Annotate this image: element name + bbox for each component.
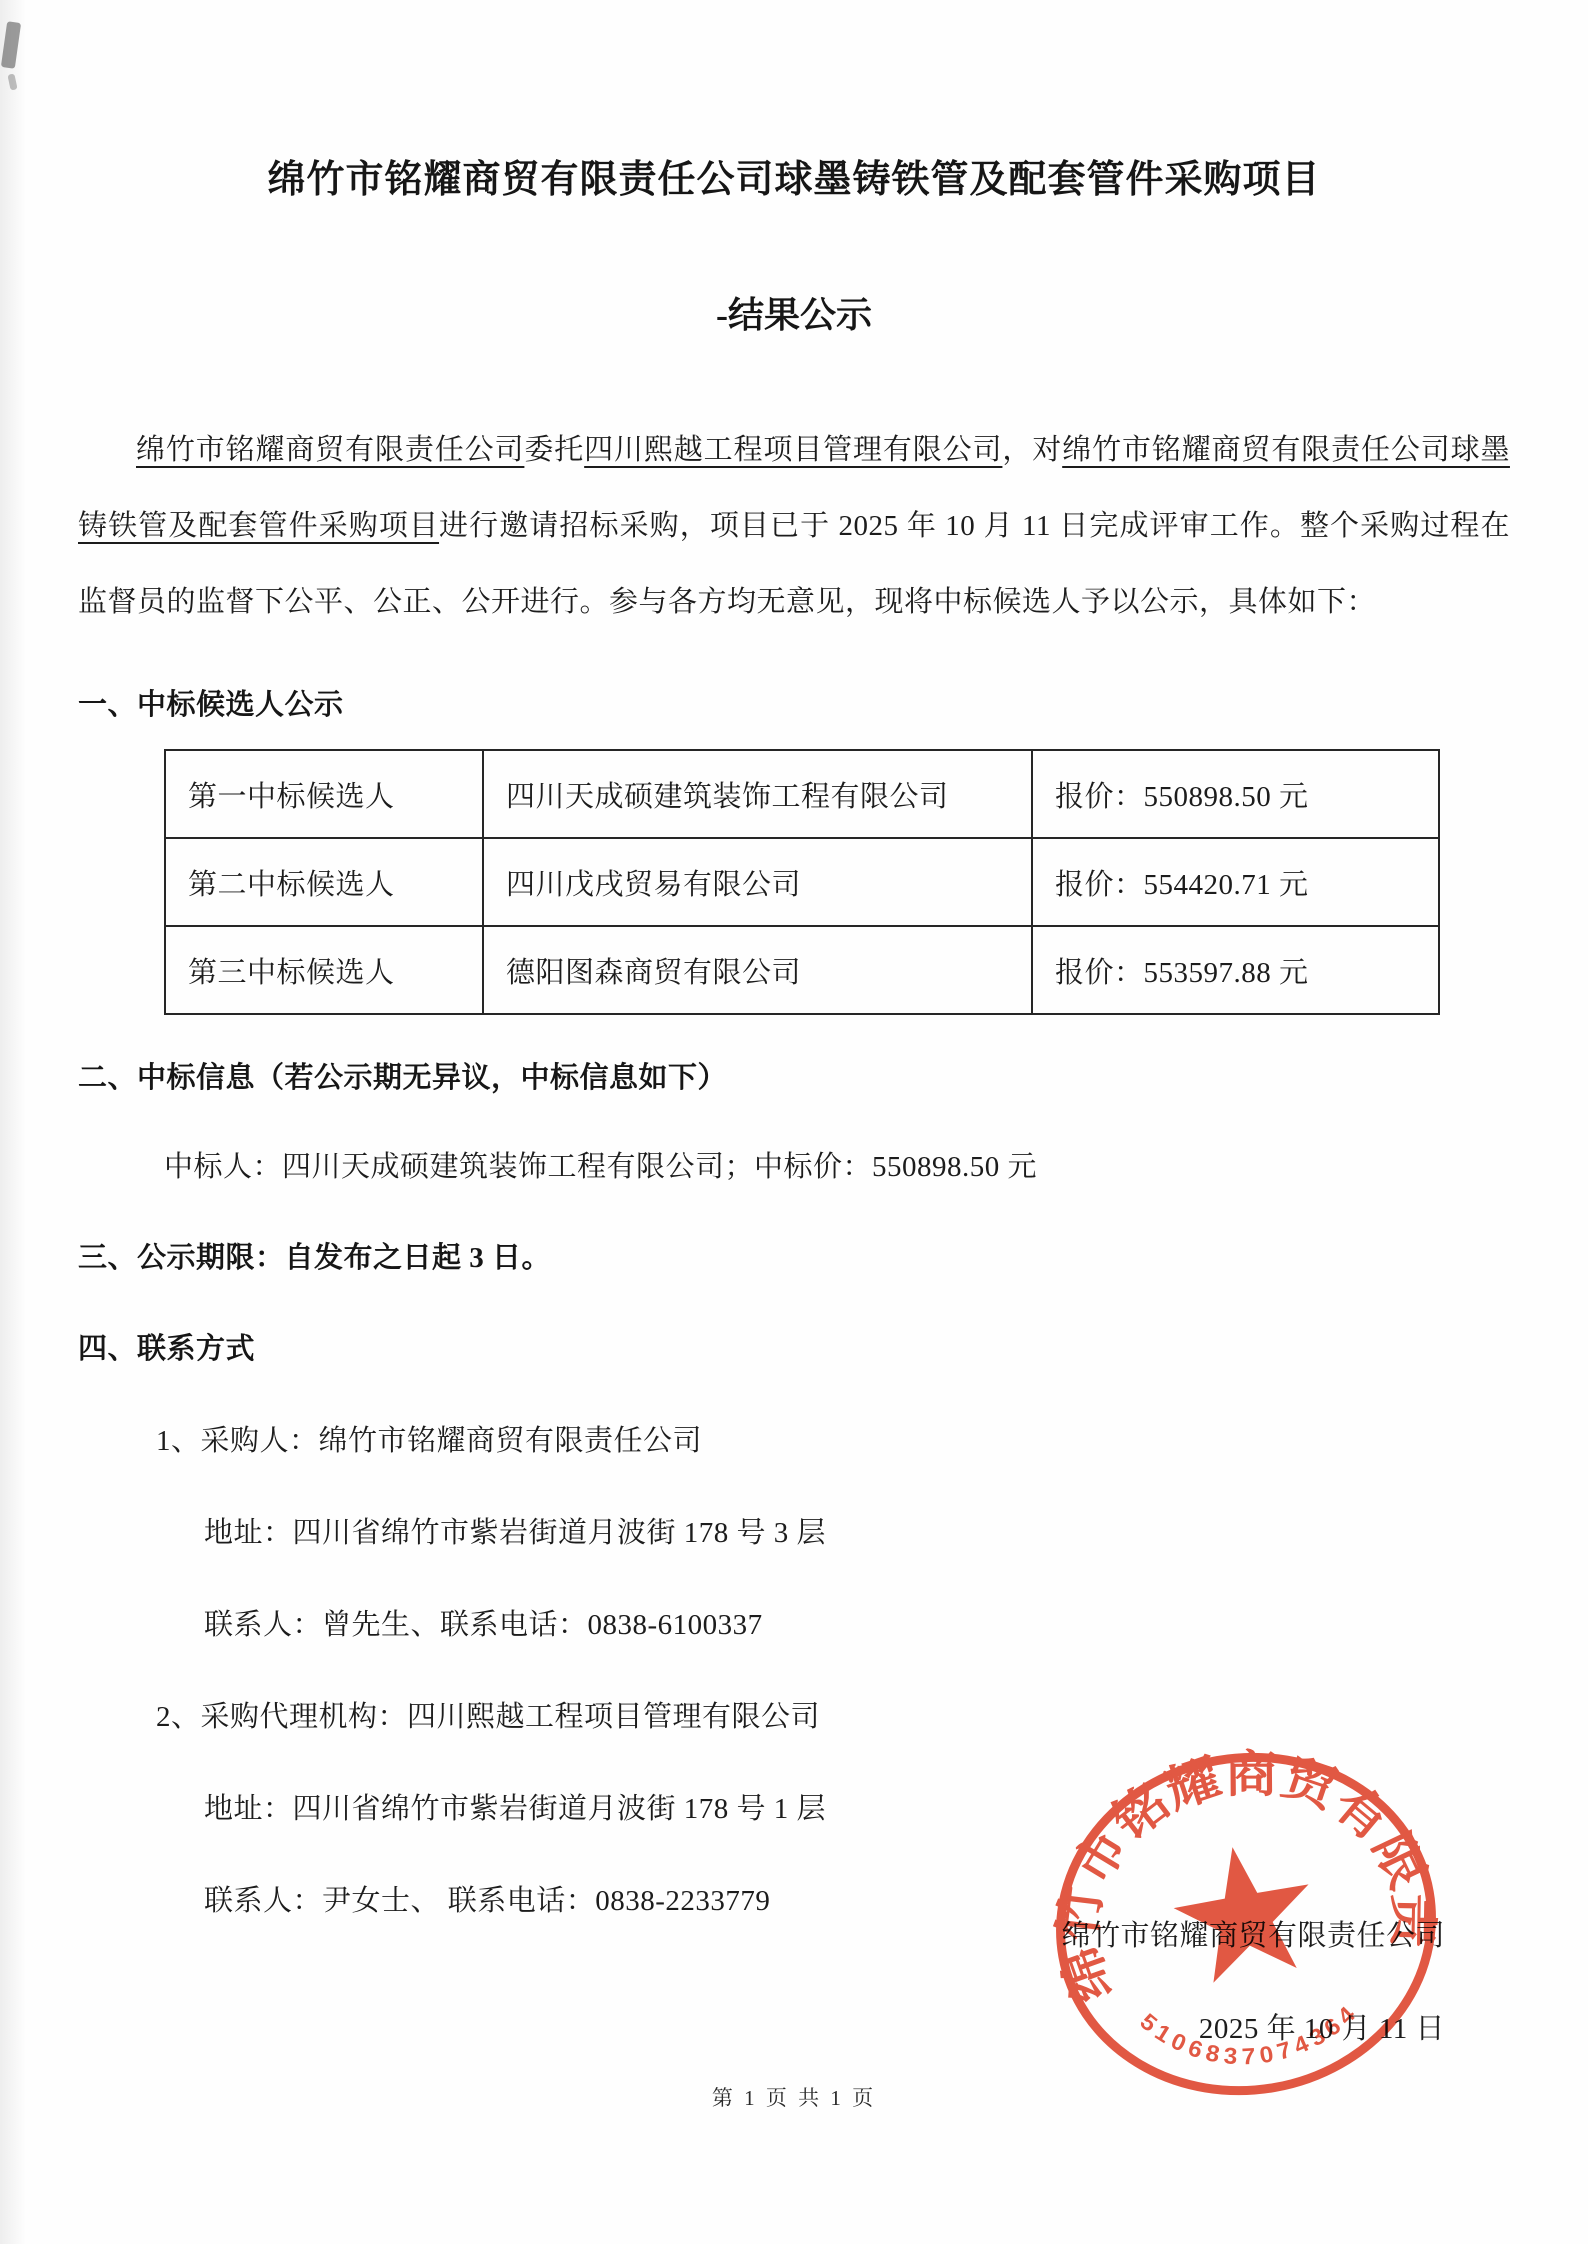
table-cell: 四川戊戌贸易有限公司 bbox=[483, 838, 1032, 926]
table-row: 第二中标候选人四川戊戌贸易有限公司报价：554420.71 元 bbox=[165, 838, 1439, 926]
table-row: 第三中标候选人德阳图森商贸有限公司报价：553597.88 元 bbox=[165, 926, 1439, 1014]
intro-segment: ，对 bbox=[1002, 434, 1062, 466]
intro-segment: 委托 bbox=[524, 434, 584, 466]
contact-line: 地址：四川省绵竹市紫岩街道月波街 178 号 1 层 bbox=[204, 1786, 1510, 1827]
document-content: 绵竹市铭耀商贸有限责任公司球墨铸铁管及配套管件采购项目 -结果公示 绵竹市铭耀商… bbox=[0, 148, 1588, 1919]
candidates-table-body: 第一中标候选人四川天成硕建筑装饰工程有限公司报价：550898.50 元第二中标… bbox=[165, 750, 1439, 1014]
table-cell: 第一中标候选人 bbox=[165, 750, 483, 838]
contact-lines: 1、采购人：绵竹市铭耀商贸有限责任公司地址：四川省绵竹市紫岩街道月波街 178 … bbox=[78, 1418, 1510, 1919]
signature-block: 绵竹市铭耀商贸有限责任公司 2025 年 10 月 11 日 bbox=[1061, 1913, 1445, 2047]
contact-line: 地址：四川省绵竹市紫岩街道月波街 178 号 3 层 bbox=[204, 1510, 1510, 1551]
section-heading-candidates: 一、中标候选人公示 bbox=[78, 682, 1510, 723]
table-cell: 报价：554420.71 元 bbox=[1032, 838, 1439, 926]
contact-line: 2、采购代理机构：四川熙越工程项目管理有限公司 bbox=[156, 1694, 1510, 1735]
section-heading-publicity-period: 三、公示期限：自发布之日起 3 日。 bbox=[78, 1235, 1510, 1276]
intro-underlined-segment: 四川熙越工程项目管理有限公司 bbox=[584, 434, 1002, 466]
signature-company: 绵竹市铭耀商贸有限责任公司 bbox=[1061, 1913, 1445, 1954]
page-subtitle: -结果公示 bbox=[78, 287, 1510, 338]
scan-artifact bbox=[7, 73, 17, 90]
table-cell: 第二中标候选人 bbox=[165, 838, 483, 926]
table-cell: 四川天成硕建筑装饰工程有限公司 bbox=[483, 750, 1032, 838]
table-cell: 报价：553597.88 元 bbox=[1032, 926, 1439, 1014]
contact-line: 1、采购人：绵竹市铭耀商贸有限责任公司 bbox=[156, 1418, 1510, 1459]
scan-artifact bbox=[1, 21, 21, 69]
table-cell: 德阳图森商贸有限公司 bbox=[483, 926, 1032, 1014]
page-number-footer: 第 1 页 共 1 页 bbox=[0, 2082, 1588, 2112]
section-heading-contact: 四、联系方式 bbox=[78, 1326, 1510, 1367]
page-title: 绵竹市铭耀商贸有限责任公司球墨铸铁管及配套管件采购项目 bbox=[78, 148, 1510, 203]
section-heading-award-info: 二、中标信息（若公示期无异议，中标信息如下） bbox=[78, 1055, 1510, 1096]
award-detail-line: 中标人：四川天成硕建筑装饰工程有限公司；中标价：550898.50 元 bbox=[164, 1144, 1510, 1185]
signature-date: 2025 年 10 月 11 日 bbox=[1061, 2006, 1445, 2047]
intro-paragraph: 绵竹市铭耀商贸有限责任公司委托四川熙越工程项目管理有限公司，对绵竹市铭耀商贸有限… bbox=[78, 412, 1510, 640]
table-row: 第一中标候选人四川天成硕建筑装饰工程有限公司报价：550898.50 元 bbox=[165, 750, 1439, 838]
document-page: 绵竹市铭耀商贸有限责任公司球墨铸铁管及配套管件采购项目 -结果公示 绵竹市铭耀商… bbox=[0, 0, 1588, 2244]
contact-line: 联系人：曾先生、联系电话：0838-6100337 bbox=[204, 1602, 1510, 1643]
intro-underlined-segment: 绵竹市铭耀商贸有限责任公司 bbox=[136, 434, 524, 466]
table-cell: 第三中标候选人 bbox=[165, 926, 483, 1014]
table-cell: 报价：550898.50 元 bbox=[1032, 750, 1439, 838]
candidates-table: 第一中标候选人四川天成硕建筑装饰工程有限公司报价：550898.50 元第二中标… bbox=[164, 749, 1440, 1015]
